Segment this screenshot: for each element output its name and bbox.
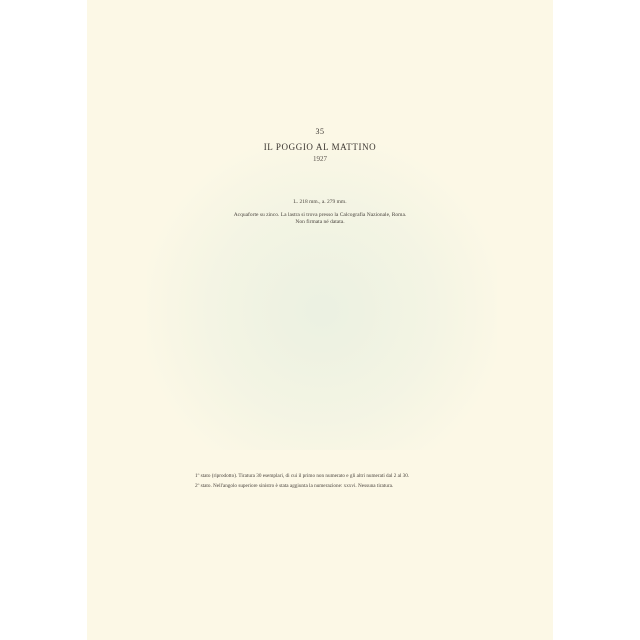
dimensions: L. 218 mm., a. 279 mm. (87, 199, 553, 205)
state-item: 2o stato. Nell'angolo superiore sinistro… (195, 480, 495, 490)
technique-line: Acquaforte su zinco. La lastra si trova … (87, 212, 553, 219)
page-title: IL POGGIO AL MATTINO (87, 142, 553, 152)
states-list: 1o stato (riprodotto). Tiratura 30 esemp… (195, 470, 495, 490)
state-item: 1o stato (riprodotto). Tiratura 30 esemp… (195, 470, 495, 480)
year: 1927 (87, 155, 553, 163)
show-through-image (147, 140, 497, 450)
plate-number: 35 (87, 127, 553, 136)
document-page: 35 IL POGGIO AL MATTINO 1927 L. 218 mm.,… (87, 0, 553, 640)
technique-line: Non firmata né datata. (87, 219, 553, 226)
technique-note: Acquaforte su zinco. La lastra si trova … (87, 212, 553, 226)
